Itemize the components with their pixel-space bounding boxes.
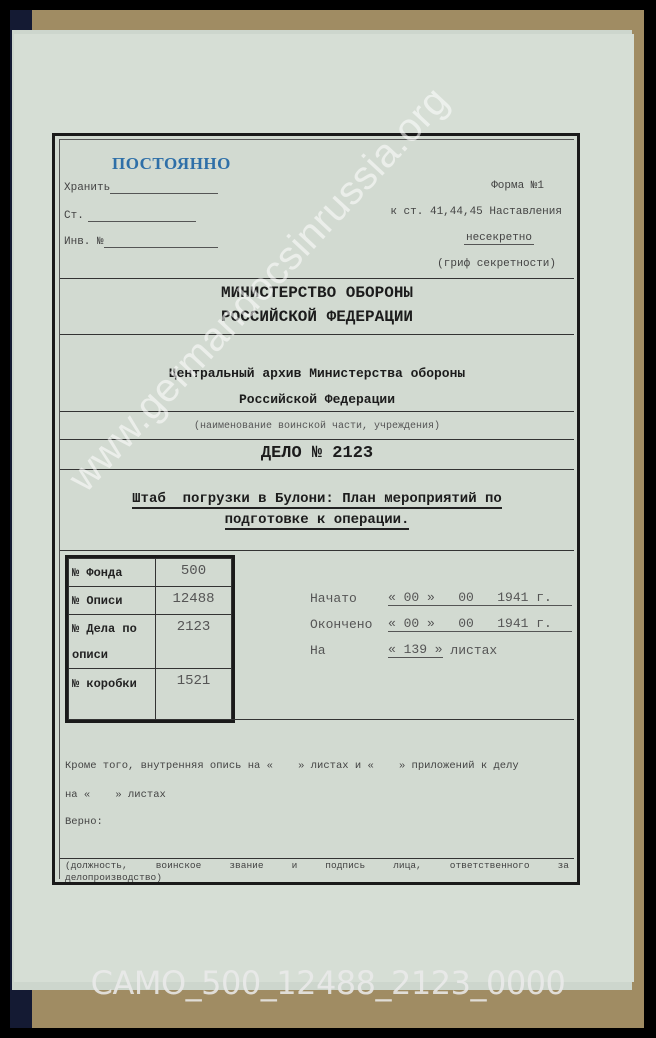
start-date-row: Начато« 00 » 00 1941 г. <box>310 590 572 616</box>
article-label: Ст. <box>64 210 84 222</box>
keep-field: Хранить <box>64 182 218 194</box>
divider <box>60 858 574 859</box>
ministry-line1: МИНИСТЕРСТВО ОБОРОНЫ <box>60 284 574 302</box>
keep-blank <box>110 193 218 194</box>
end-date-row: Окончено« 00 » 00 1941 г. <box>310 616 572 642</box>
end-date-label: Окончено <box>310 617 388 632</box>
opis-value: 12488 <box>156 587 232 615</box>
classification: несекретно <box>464 232 534 245</box>
divider <box>60 550 574 551</box>
table-row: № Дела по описи 2123 <box>69 615 232 669</box>
fond-label: № Фонда <box>69 559 156 587</box>
permanent-stamp: ПОСТОЯННО <box>112 154 231 174</box>
sheets-value: « 139 » <box>388 642 443 658</box>
inventory-note-2: на « » листах <box>65 789 166 801</box>
divider <box>60 334 574 335</box>
end-date-value: « 00 » 00 1941 г. <box>388 616 572 632</box>
table-row: № Описи 12488 <box>69 587 232 615</box>
archive-line1: Центральный архив Министерства обороны <box>60 366 574 381</box>
table-row: № Фонда 500 <box>69 559 232 587</box>
divider <box>60 278 574 279</box>
form-number: Форма №1 <box>491 180 544 192</box>
sheets-label: На <box>310 643 388 658</box>
case-subject-text2: подготовке к операции. <box>225 512 410 530</box>
start-date-label: Начато <box>310 591 388 606</box>
classification-value: несекретно <box>464 232 534 245</box>
table-row: № коробки 1521 <box>69 669 232 720</box>
divider <box>232 719 574 720</box>
start-date-value: « 00 » 00 1941 г. <box>388 590 572 606</box>
box-label: № коробки <box>69 669 156 720</box>
image-identifier: CAMO_500_12488_2123_0000 <box>0 964 656 1002</box>
fond-value: 500 <box>156 559 232 587</box>
sheets-row: На« 139 » листах <box>310 642 572 668</box>
verified-label: Верно: <box>65 816 103 828</box>
delo-label: № Дела по описи <box>69 615 156 669</box>
box-value: 1521 <box>156 669 232 720</box>
delo-value: 2123 <box>156 615 232 669</box>
inventory-label: Инв. № <box>64 236 104 248</box>
case-subject-line1: Штаб погрузки в Булони: План мероприятий… <box>60 491 574 507</box>
divider <box>60 469 574 470</box>
inventory-note: Кроме того, внутренняя опись на « » лист… <box>65 760 519 772</box>
date-range: Начато« 00 » 00 1941 г. Окончено« 00 » 0… <box>310 590 572 668</box>
keep-label: Хранить <box>64 182 110 194</box>
archive-reference-table: № Фонда 500 № Описи 12488 № Дела по опис… <box>65 555 235 723</box>
ministry-line2: РОССИЙСКОЙ ФЕДЕРАЦИИ <box>60 308 574 326</box>
article-field: Ст. <box>64 210 196 222</box>
case-subject-text1: Штаб погрузки в Булони: План мероприятий… <box>132 491 502 509</box>
case-subject-line2: подготовке к операции. <box>60 512 574 528</box>
classification-caption: (гриф секретности) <box>437 258 556 270</box>
signature-caption: (должность, воинское звание и подпись ли… <box>65 860 569 884</box>
article-blank <box>88 221 196 222</box>
opis-label: № Описи <box>69 587 156 615</box>
sheets-suffix: листах <box>450 643 497 658</box>
form-articles: к ст. 41,44,45 Наставления <box>390 206 562 218</box>
inventory-field: Инв. № <box>64 236 218 248</box>
inventory-blank <box>104 247 218 248</box>
